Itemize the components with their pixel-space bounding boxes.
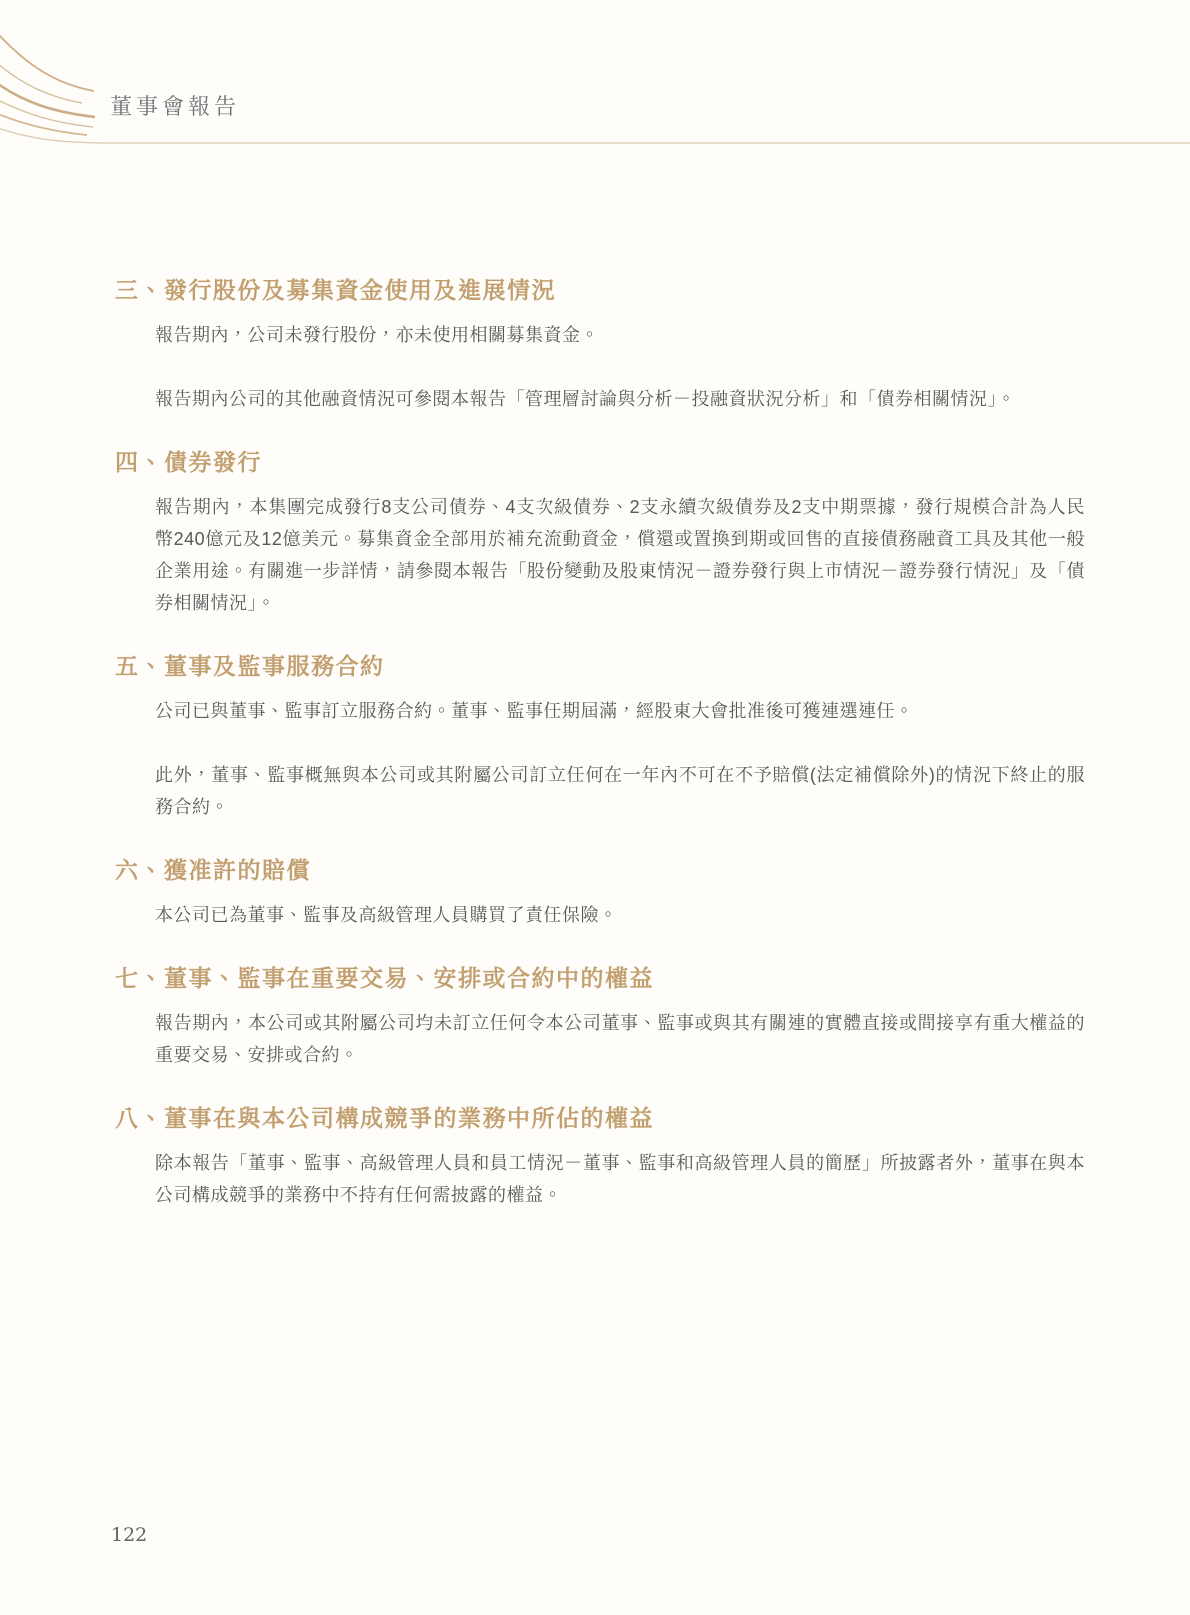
report-body: 三、發行股份及募集資金使用及進展情況 報告期內，公司未發行股份，亦未使用相關募集… xyxy=(0,0,1190,1243)
section-interests-in-transactions-paragraph-1: 報告期內，本公司或其附屬公司均未訂立任何令本公司董事、監事或與其有關連的實體直接… xyxy=(155,1007,1085,1071)
section-bond-issuance-paragraph-1: 報告期內，本集團完成發行8支公司債券、4支次級債券、2支永續次級債券及2支中期票… xyxy=(155,491,1085,619)
section-share-issuance: 三、發行股份及募集資金使用及進展情況 報告期內，公司未發行股份，亦未使用相關募集… xyxy=(115,275,1085,415)
section-competing-business: 八、董事在與本公司構成競爭的業務中所佔的權益 除本報告「董事、監事、高級管理人員… xyxy=(115,1103,1085,1211)
section-bond-issuance-heading: 四、債券發行 xyxy=(115,447,1085,477)
section-service-contracts: 五、董事及監事服務合約 公司已與董事、監事訂立服務合約。董事、監事任期屆滿，經股… xyxy=(115,651,1085,823)
section-share-issuance-heading: 三、發行股份及募集資金使用及進展情況 xyxy=(115,275,1085,305)
page-number: 122 xyxy=(111,1524,147,1546)
section-competing-business-heading: 八、董事在與本公司構成競爭的業務中所佔的權益 xyxy=(115,1103,1085,1133)
section-interests-in-transactions: 七、董事、監事在重要交易、安排或合約中的權益 報告期內，本公司或其附屬公司均未訂… xyxy=(115,963,1085,1071)
section-service-contracts-paragraph-2: 此外，董事、監事概無與本公司或其附屬公司訂立任何在一年內不可在不予賠償(法定補償… xyxy=(155,759,1085,823)
section-permitted-indemnity-heading: 六、獲准許的賠償 xyxy=(115,855,1085,885)
report-page: { "header": { "title": "董事會報告" }, "color… xyxy=(0,0,1190,1615)
section-service-contracts-paragraph-1: 公司已與董事、監事訂立服務合約。董事、監事任期屆滿，經股東大會批准後可獲連選連任… xyxy=(155,695,1085,727)
section-interests-in-transactions-heading: 七、董事、監事在重要交易、安排或合約中的權益 xyxy=(115,963,1085,993)
section-competing-business-paragraph-1: 除本報告「董事、監事、高級管理人員和員工情況－董事、監事和高級管理人員的簡歷」所… xyxy=(155,1147,1085,1211)
section-bond-issuance: 四、債券發行 報告期內，本集團完成發行8支公司債券、4支次級債券、2支永續次級債… xyxy=(115,447,1085,619)
section-share-issuance-paragraph-2: 報告期內公司的其他融資情況可參閱本報告「管理層討論與分析－投融資狀況分析」和「債… xyxy=(155,383,1085,415)
section-share-issuance-paragraph-1: 報告期內，公司未發行股份，亦未使用相關募集資金。 xyxy=(155,319,1085,351)
section-service-contracts-heading: 五、董事及監事服務合約 xyxy=(115,651,1085,681)
section-permitted-indemnity: 六、獲准許的賠償 本公司已為董事、監事及高級管理人員購買了責任保險。 xyxy=(115,855,1085,931)
section-permitted-indemnity-paragraph-1: 本公司已為董事、監事及高級管理人員購買了責任保險。 xyxy=(155,899,1085,931)
